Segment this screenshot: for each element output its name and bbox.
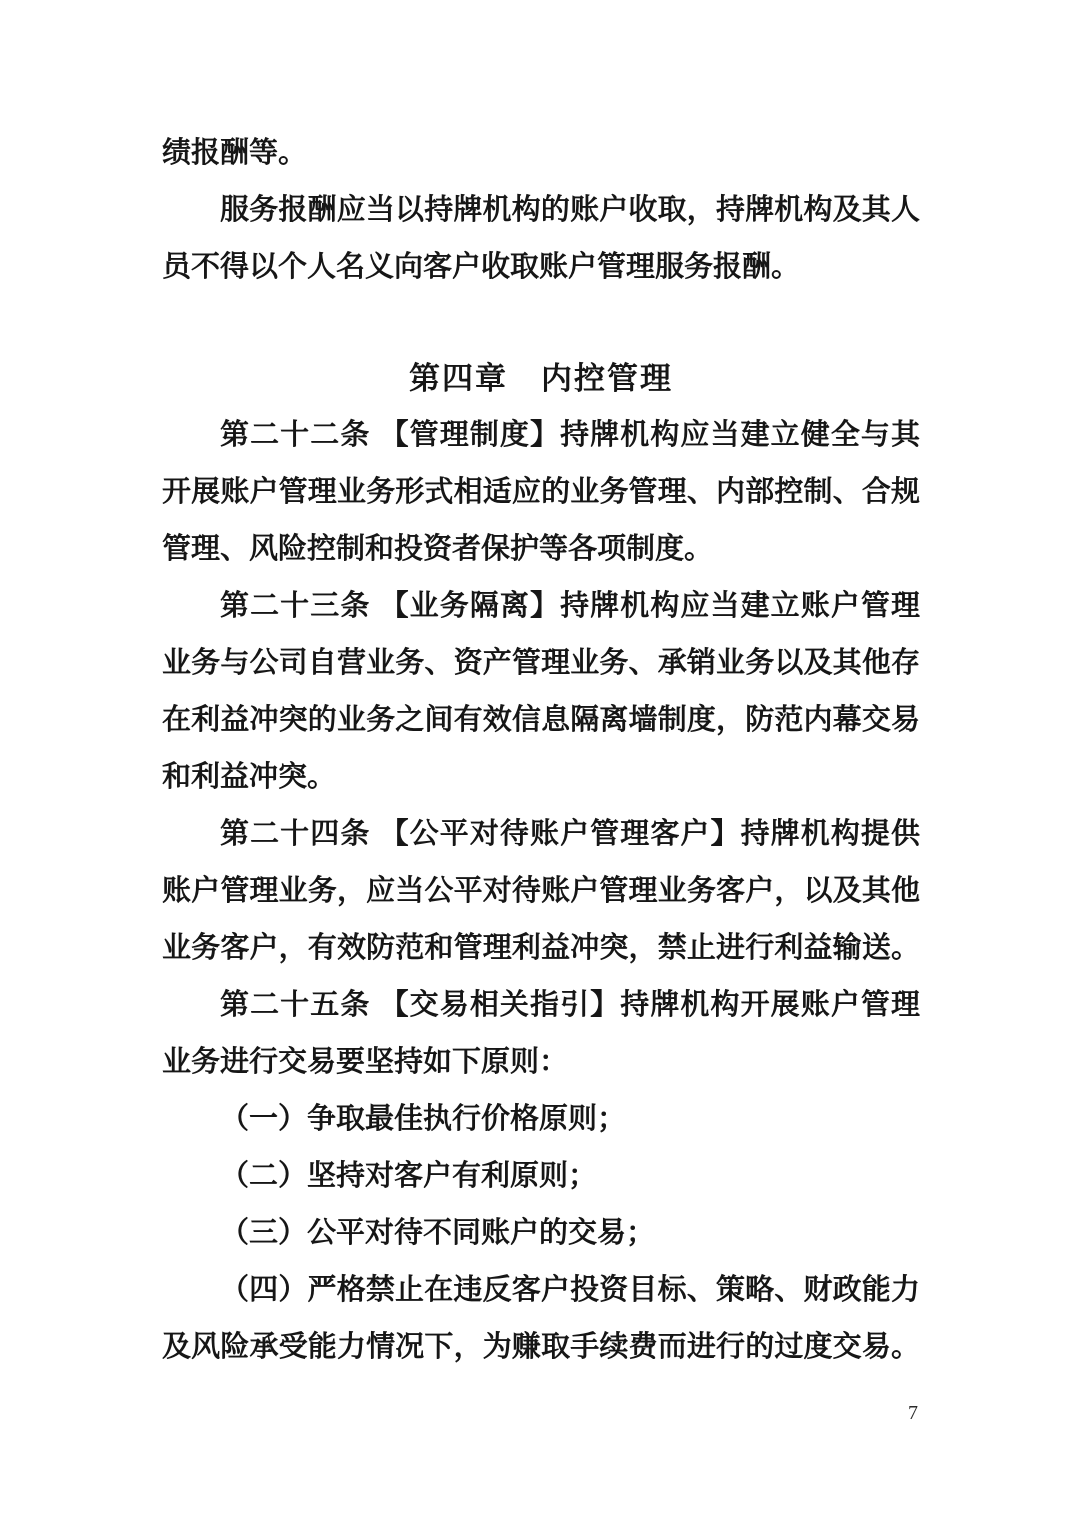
text-line: （四）严格禁止在违反客户投资目标、策略、财政能力 <box>162 1262 920 1319</box>
text-line: 和利益冲突。 <box>162 749 920 806</box>
text-line: 业务与公司自营业务、资产管理业务、承销业务以及其他存 <box>162 635 920 692</box>
text-line: 业务进行交易要坚持如下原则： <box>162 1034 920 1091</box>
text-line: （三）公平对待不同账户的交易； <box>162 1205 920 1262</box>
text-line: 服务报酬应当以持牌机构的账户收取，持牌机构及其人 <box>162 182 920 239</box>
text-line: （二）坚持对客户有利原则； <box>162 1148 920 1205</box>
text-line: 第二十三条 【业务隔离】持牌机构应当建立账户管理 <box>162 578 920 635</box>
text-line: 账户管理业务，应当公平对待账户管理业务客户，以及其他 <box>162 863 920 920</box>
text-line: 绩报酬等。 <box>162 125 920 182</box>
text-line: 及风险承受能力情况下，为赚取手续费而进行的过度交易。 <box>162 1319 920 1376</box>
text-line: 第二十二条 【管理制度】持牌机构应当建立健全与其 <box>162 407 920 464</box>
chapter-heading: 第四章 内控管理 <box>162 350 920 407</box>
text-line: 员不得以个人名义向客户收取账户管理服务报酬。 <box>162 239 920 296</box>
text-line: （一）争取最佳执行价格原则； <box>162 1091 920 1148</box>
text-line: 管理、风险控制和投资者保护等各项制度。 <box>162 521 920 578</box>
document-lines: 绩报酬等。服务报酬应当以持牌机构的账户收取，持牌机构及其人员不得以个人名义向客户… <box>162 125 920 1376</box>
text-line: 在利益冲突的业务之间有效信息隔离墙制度，防范内幕交易 <box>162 692 920 749</box>
text-line: 第二十五条 【交易相关指引】持牌机构开展账户管理 <box>162 977 920 1034</box>
text-line: 第二十四条 【公平对待账户管理客户】持牌机构提供 <box>162 806 920 863</box>
document-page: 绩报酬等。服务报酬应当以持牌机构的账户收取，持牌机构及其人员不得以个人名义向客户… <box>0 0 1080 1527</box>
text-line: 开展账户管理业务形式相适应的业务管理、内部控制、合规 <box>162 464 920 521</box>
page-number: 7 <box>162 1402 920 1425</box>
text-line: 业务客户，有效防范和管理利益冲突，禁止进行利益输送。 <box>162 920 920 977</box>
